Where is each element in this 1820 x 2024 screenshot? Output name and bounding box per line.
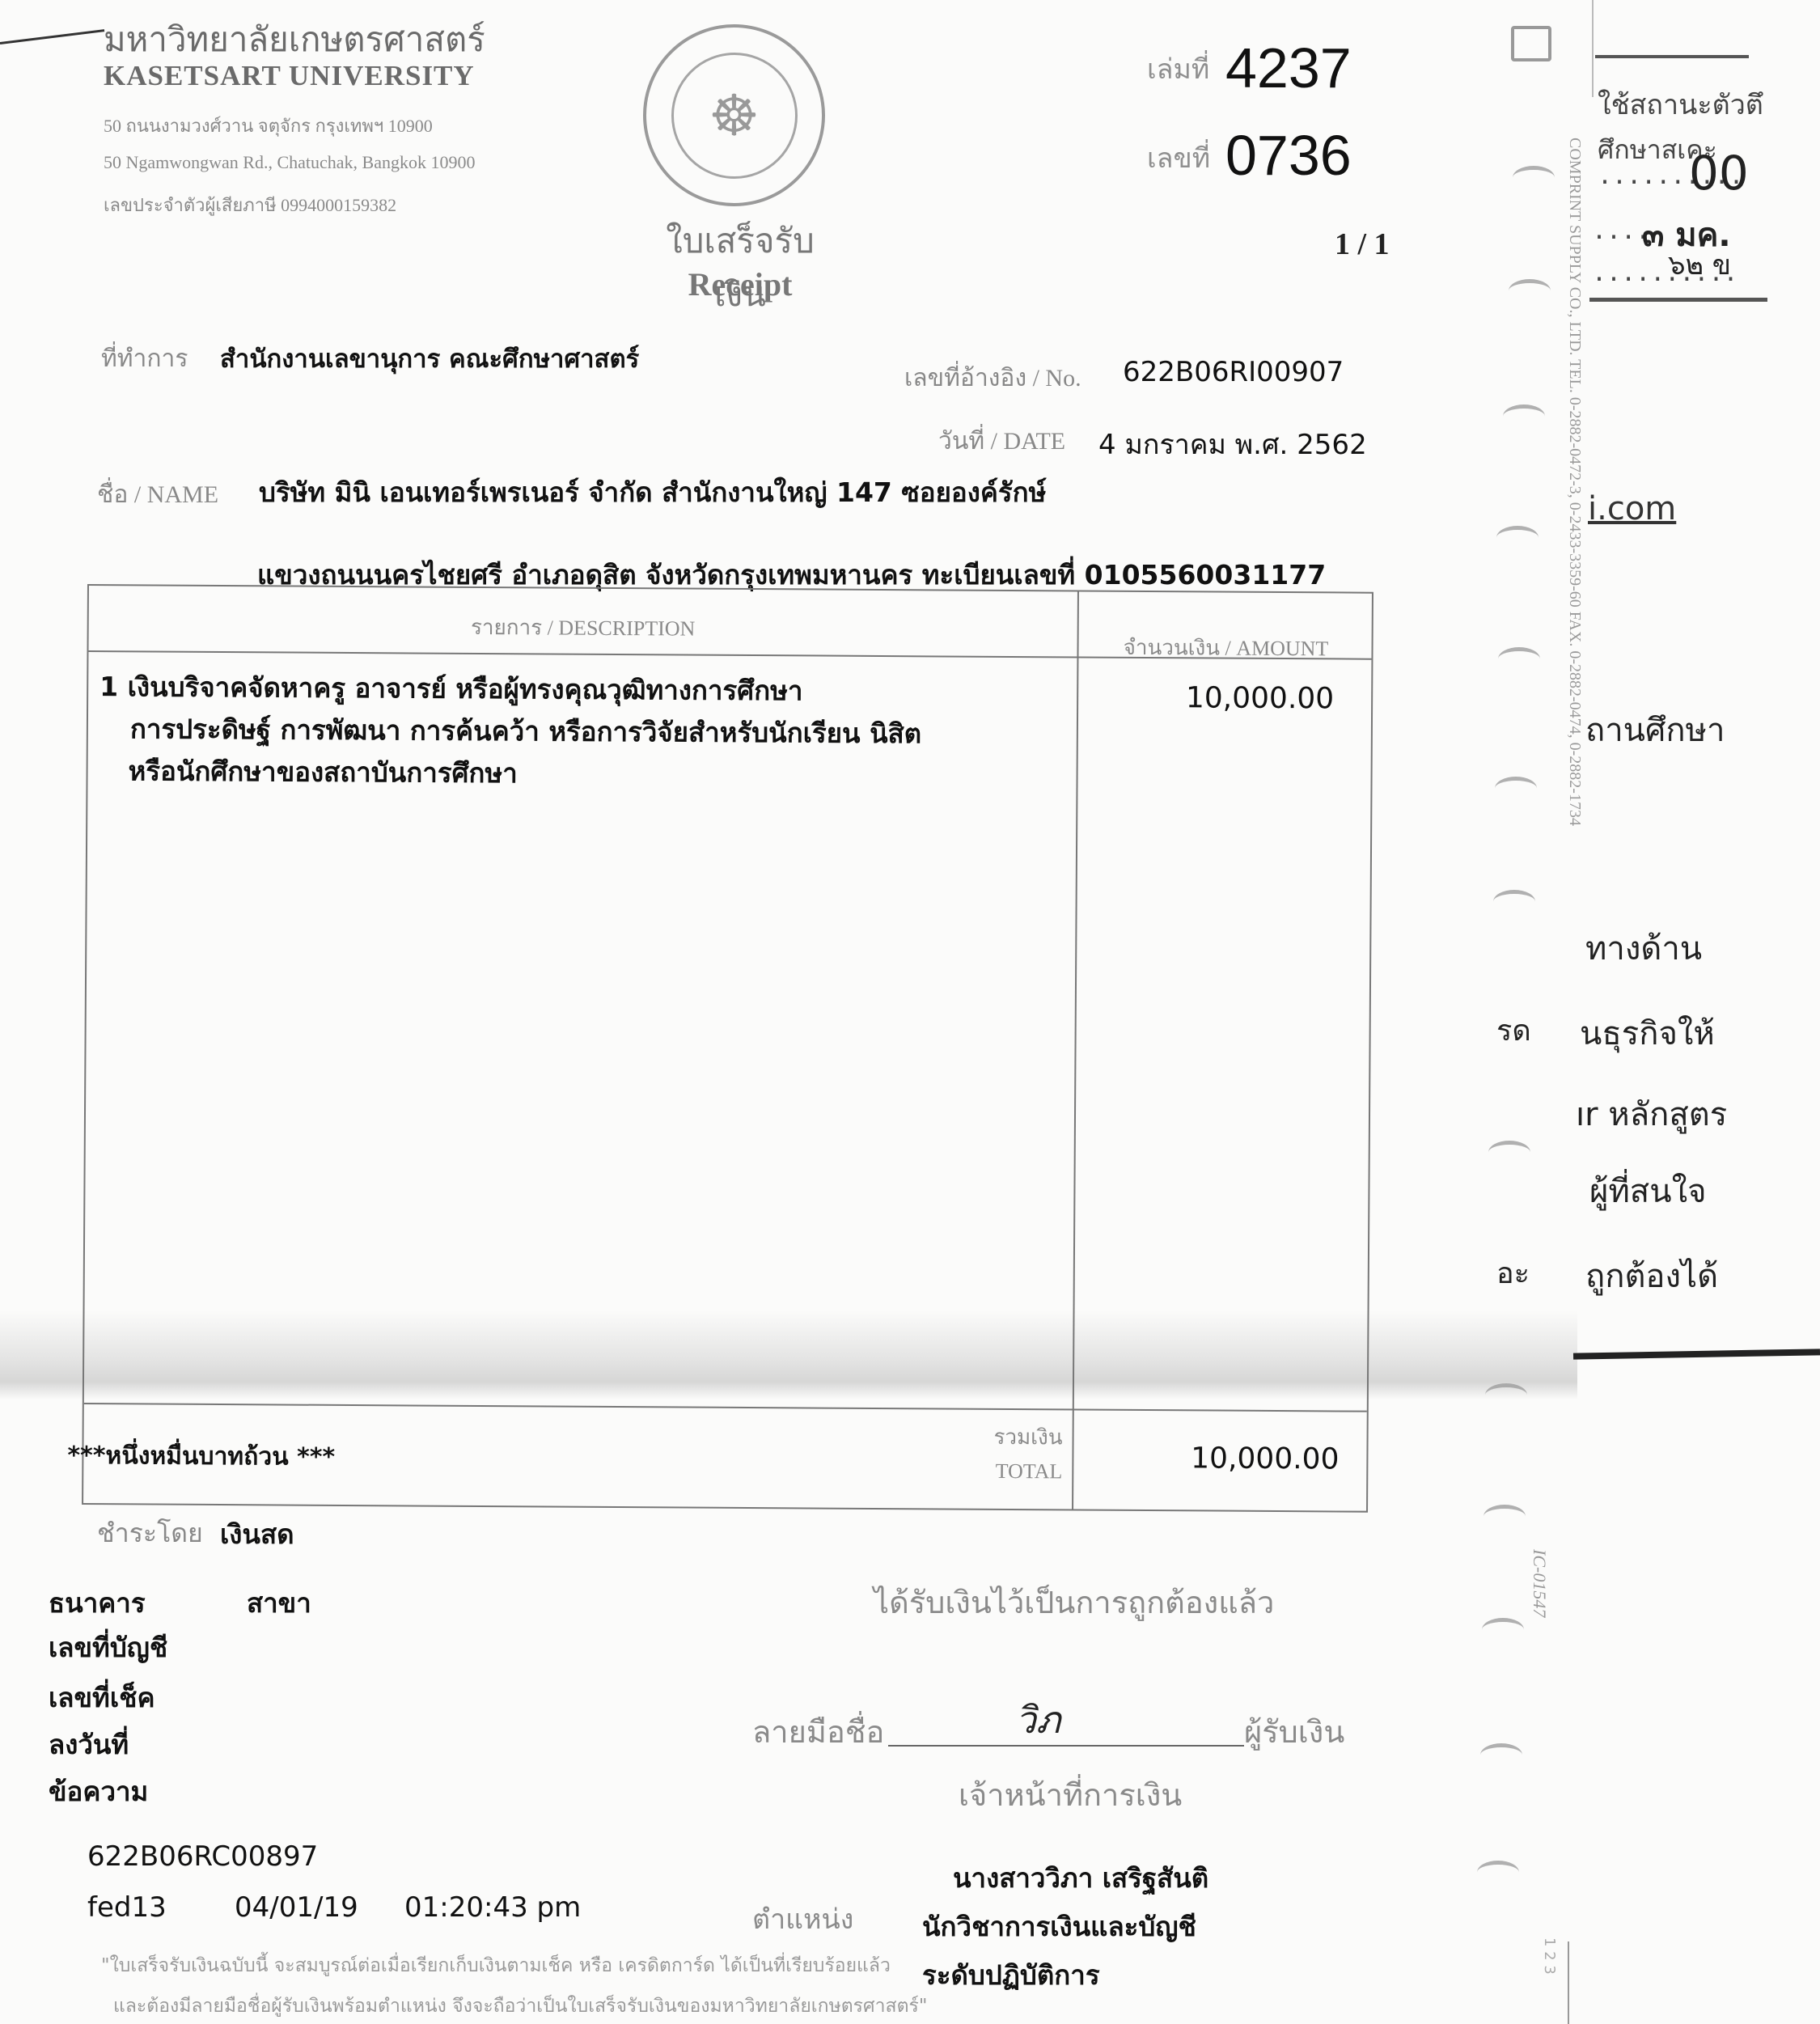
payment-method-value: เงินสด — [220, 1513, 294, 1556]
office-value: สำนักงานเลขานุการ คณะศึกษาศาสตร์ — [220, 338, 639, 379]
items-table: รายการ / DESCRIPTION จำนวนเงิน / AMOUNT … — [82, 584, 1373, 1513]
transaction-id: 622B06RC00897 — [87, 1840, 318, 1873]
underlying-fragment-2: อะ — [1496, 1250, 1530, 1296]
reference-value: 622B06RI00907 — [1123, 356, 1344, 388]
column-divider — [1072, 591, 1079, 1509]
receipt-number-label: เลขที่ — [1147, 136, 1210, 180]
date-value: 4 มกราคม พ.ศ. 2562 — [1098, 422, 1367, 466]
underlying-text-4: ır หลักสูตร — [1576, 1088, 1727, 1140]
operator-user: fed13 — [87, 1891, 167, 1924]
total-amount: 10,000.00 — [1072, 1441, 1339, 1476]
receiver-label: ผู้รับเงิน — [1244, 1707, 1344, 1756]
payment-method-label: ชำระโดย — [97, 1513, 203, 1554]
punch-hole-icon — [1498, 647, 1540, 671]
book-number: 4237 — [1225, 36, 1352, 100]
punch-hole-icon — [1485, 1383, 1527, 1407]
position-line-2: ระดับปฏิบัติการ — [922, 1954, 1100, 1996]
seal-emblem-icon: ☸ — [671, 53, 798, 179]
underlying-rule-top — [1595, 55, 1749, 58]
total-label-en: TOTAL — [933, 1454, 1062, 1488]
issuer-address-th: 50 ถนนงามวงศ์วาน จตุจักร กรุงเทพฯ 10900 — [104, 112, 433, 140]
issuer-name-en: KASETSART UNIVERSITY — [104, 60, 475, 92]
payer-label: ชื่อ / NAME — [97, 476, 218, 514]
item-description-line-2: การประดิษฐ์ การพัฒนา การค้นคว้า หรือการว… — [130, 709, 922, 754]
punch-hole-icon — [1493, 890, 1535, 913]
underlying-amount: 00 — [1689, 146, 1749, 201]
cheque-date-label: ลงวันที่ — [49, 1723, 129, 1766]
total-divider — [84, 1403, 1367, 1412]
underlying-text-1: ถานศึกษา — [1585, 704, 1725, 756]
strip-rule-bottom — [1568, 1941, 1569, 2024]
underlying-rule-bottom — [1573, 1349, 1820, 1359]
footer-note-line-2: และต้องมีลายมือชื่อผู้รับเงินพร้อมตำแหน่… — [113, 1992, 927, 2021]
account-number-label: เลขที่บัญชี — [49, 1626, 167, 1669]
book-label: เล่มที่ — [1147, 47, 1209, 91]
underlying-link: i.com — [1588, 490, 1676, 527]
received-confirmation: ได้รับเงินไว้เป็นการถูกต้องแล้ว — [874, 1577, 1274, 1627]
issuer-address-en: 50 Ngamwongwan Rd., Chatuchak, Bangkok 1… — [104, 152, 476, 173]
print-date: 04/01/19 — [235, 1891, 358, 1924]
item-description-line-1: 1 เงินบริจาคจัดหาครู อาจารย์ หรือผู้ทรงค… — [99, 667, 803, 711]
column-header-amount: จำนวนเงิน / AMOUNT — [1077, 630, 1374, 665]
cheque-number-label: เลขที่เช็ค — [49, 1676, 155, 1719]
pen-stroke — [0, 29, 104, 44]
issuer-tax-id: เลขประจำตัวผู้เสียภาษี 0994000159382 — [104, 191, 396, 219]
officer-label: เจ้าหน้าที่การเงิน — [959, 1770, 1182, 1819]
page-indicator: 1 / 1 — [1335, 227, 1390, 262]
punch-hole-icon — [1480, 1743, 1522, 1767]
handwritten-signature: วิภ — [1015, 1691, 1060, 1750]
office-label: ที่ทำการ — [101, 340, 188, 378]
underlying-fragment-1: รด — [1496, 1007, 1531, 1053]
receipt-number: 0736 — [1225, 123, 1352, 188]
total-in-words: ***หนึ่งหมื่นบาทถ้วน *** — [67, 1437, 335, 1476]
punch-hole-icon — [1484, 1505, 1526, 1528]
item-description-line-3: หรือนักศึกษาของสถาบันการศึกษา — [128, 751, 517, 794]
punch-hole-icon — [1509, 279, 1551, 303]
underlying-text-5: ผู้ที่สนใจ — [1589, 1165, 1707, 1217]
underlying-text-6: ถูกต้องได้ — [1585, 1250, 1718, 1302]
payer-line-1: บริษัท มินิ เอนเทอร์เพรเนอร์ จำกัด สำนัก… — [259, 471, 1046, 514]
document-title-en: Receipt — [643, 265, 837, 303]
bank-label: ธนาคาร — [49, 1582, 146, 1624]
punch-hole-icon — [1495, 777, 1537, 800]
branch-label: สาขา — [247, 1582, 311, 1624]
issuer-name-th: มหาวิทยาลัยเกษตรศาสตร์ — [104, 13, 485, 66]
underlying-year: ๖๒ ข — [1668, 243, 1731, 286]
date-label: วันที่ / DATE — [938, 422, 1065, 460]
punch-hole-icon — [1488, 1141, 1530, 1164]
strip-rule-top — [1592, 0, 1594, 97]
column-header-description: รายการ / DESCRIPTION — [89, 608, 1077, 647]
item-amount: 10,000.00 — [1077, 680, 1334, 715]
reference-label: เลขที่อ้างอิง / No. — [904, 359, 1081, 397]
underlying-text-3: นธุรกิจให้ — [1580, 1007, 1715, 1059]
form-code: IC-01547 — [1529, 1549, 1550, 1617]
signature-line — [888, 1745, 1244, 1747]
position-line-1: นักวิชาการเงินและบัญชี — [922, 1905, 1196, 1948]
punch-hole-icon — [1513, 166, 1555, 189]
university-seal-icon: ☸ — [643, 24, 825, 206]
total-label-th: รวมเงิน — [933, 1420, 1062, 1454]
page-marks: 1 2 3 — [1541, 1937, 1558, 1975]
officer-name: นางสาววิภา เสริฐสันติ — [953, 1857, 1208, 1899]
punch-hole-icon — [1477, 1861, 1519, 1884]
total-label: รวมเงิน TOTAL — [933, 1420, 1063, 1488]
underlying-text-2: ทางด้าน — [1585, 922, 1702, 974]
underlying-line-1: ใช้สถานะตัวตึ — [1598, 83, 1763, 126]
strip-box-icon — [1511, 26, 1551, 61]
punch-hole-icon — [1496, 526, 1539, 549]
printer-imprint: COMPRINT SUPPLY CO., LTD. TEL. 0-2882-04… — [1565, 138, 1584, 826]
print-time: 01:20:43 pm — [404, 1891, 581, 1924]
message-label: ข้อความ — [49, 1770, 148, 1813]
punch-hole-icon — [1482, 1618, 1524, 1641]
footer-note-line-1: "ใบเสร็จรับเงินฉบับนี้ จะสมบูรณ์ต่อเมื่อ… — [101, 1951, 891, 1980]
signature-label: ลายมือชื่อ — [752, 1707, 884, 1756]
punch-hole-icon — [1503, 404, 1545, 428]
underlying-rule-mid — [1589, 298, 1767, 302]
position-label: ตำแหน่ง — [752, 1897, 853, 1941]
